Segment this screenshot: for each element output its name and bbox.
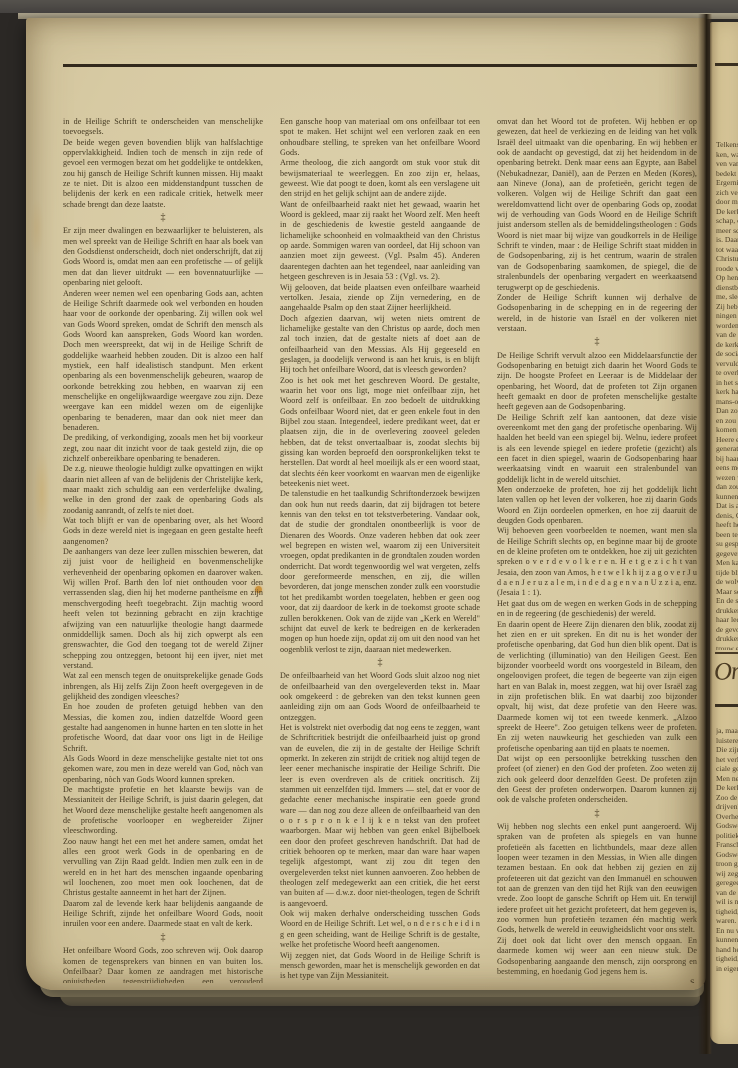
clipped-text-line: De kerk ge [716,783,738,793]
clipped-text-line: luisteren — [716,736,738,746]
clipped-text-line: troon geze [716,859,738,869]
clipped-text-line: tigheid, die [716,954,738,964]
clipped-text-line: Telkens [716,140,738,150]
clipped-text-line: been te w [716,530,738,540]
clipped-text-line: haar leder [716,615,738,625]
clipped-text-line: en zou la [716,416,738,426]
main-page: in de Heilige Schrift te onderscheiden v… [26,18,706,990]
clipped-text-line: komen zij [716,425,738,435]
clipped-text-line: me, slech [716,292,738,302]
clipped-text-line: bij haar r [716,454,738,464]
paragraph: De machtigste profetie en het klaarste b… [63,785,263,837]
paragraph: De talenstudie en het taalkundig Schrift… [280,489,480,655]
clipped-text-line: heeft het [716,520,738,530]
clipped-text-line: vervuld. [716,359,738,369]
clipped-text-line: tijde blind [716,568,738,578]
clipped-text-line: Men neem [716,774,738,784]
paragraph: Daarom zal de levende kerk haar belijden… [63,899,263,930]
clipped-text-line: meer sch [716,226,738,236]
clipped-text-line: tot waar [716,245,738,255]
paragraph: Zij doet ook dat licht over den mensch o… [497,936,697,977]
section-separator: ‡ [63,213,263,223]
paragraph: De prediking, of verkondiging, zooals me… [63,433,263,464]
clipped-text-line: Overheid. [716,812,738,822]
clipped-text-line: generatie [716,444,738,454]
clipped-text-line: kunnen w [716,492,738,502]
paragraph: Wij zeggen niet, dat Gods Woord in de He… [280,951,480,982]
clipped-text-line: bedekt — [716,169,738,179]
paragraph: Wij hebben nog slechts een enkel punt aa… [497,822,697,936]
paragraph: De aanhangers van deze leer zullen missc… [63,547,263,671]
paragraph: Wij gelooven, dat beide plaatsen even on… [280,283,480,314]
clipped-text-line: door mer [716,197,738,207]
paragraph: Zoo is het ook met het geschreven Woord.… [280,376,480,490]
right-page-top-rule [715,63,738,66]
paragraph: Het is volstrekt niet overbodig dat nog … [280,723,480,909]
clipped-text-line: Christus [716,254,738,264]
clipped-text-line: gegeven. [716,549,738,559]
paragraph: Een gansche hoop van materiaal om ons on… [280,117,480,158]
paragraph: Anderen weer nemen wel een openbaring Go… [63,289,263,434]
paragraph: Ook wij maken derhalve onderscheiding tu… [280,909,480,950]
clipped-text-line: de kerk i [716,340,738,350]
paragraph: De z.g. nieuwe theologie huldigt zulke o… [63,464,263,516]
right-page-top-fragment: Telkensken, waarven vanbedekt —Ergernisz… [716,140,738,650]
paragraph: Er zijn meer dwalingen en bezwaarlijker … [63,226,263,288]
clipped-text-line: te overko [716,368,738,378]
paragraph: Zonder de Heilige Schrift kunnen wij der… [497,293,697,334]
clipped-text-line: zich vers [716,188,738,198]
script-heading: Onbe [713,657,738,687]
clipped-text-line: is. Daaro [716,235,738,245]
script-heading-rule-bottom [715,704,738,707]
clipped-text-line: de wolve [716,577,738,587]
paragraph: Wat zal een mensch tegen de onuitsprekel… [63,671,263,702]
text-column-middle: Een gansche hoop van materiaal om ons on… [280,117,480,983]
text-column-left: in de Heilige Schrift te onderscheiden v… [63,117,263,983]
section-separator: ‡ [497,337,697,347]
stain-mark-left [34,448,50,538]
clipped-text-line: Godswege [716,821,738,831]
text-columns: in de Heilige Schrift te onderscheiden v… [63,117,697,983]
page-top-rule [63,64,697,67]
clipped-text-line: Zij hebbe [716,302,738,312]
clipped-text-line: su gespro [716,539,738,549]
book-gutter-shadow [698,14,712,1054]
stain-mark-top [30,198,44,258]
clipped-text-line: denis, Ge [716,511,738,521]
section-separator: ‡ [280,658,480,668]
clipped-text-line: roode va [716,264,738,274]
clipped-text-line: ningen v [716,311,738,321]
clipped-text-line: eens met [716,463,738,473]
paragraph: Wij behoeven geen voorbeelden te noemen,… [497,526,697,598]
clipped-text-line: En de sel [716,596,738,606]
paragraph: De Heilige Schrift zelf kan aantoonen, d… [497,413,697,485]
clipped-text-line: Men kan [716,558,738,568]
clipped-text-line: Godswege [716,850,738,860]
paragraph: Zoo nauw hangt het een met het andere sa… [63,837,263,899]
author-initial: S. [497,977,697,983]
clipped-text-line: Die zijn er [716,745,738,755]
clipped-text-line: waren. [716,916,738,926]
clipped-text-line: ven van [716,159,738,169]
clipped-text-line: in eigenwil [716,964,738,974]
section-separator: ‡ [497,809,697,819]
clipped-text-line: schap, d [716,216,738,226]
clipped-text-line: geregeerd, [716,878,738,888]
paragraph: De onfeilbaarheid van het Woord Gods slu… [280,671,480,723]
clipped-text-line: Fransche [716,840,738,850]
clipped-text-line: Ergernis [716,178,738,188]
right-page-bottom-fragment: ja, maar…luisteren —Die zijn erhet verle… [716,726,738,978]
paragraph: De Heilige Schrift vervult alzoo een Mid… [497,351,697,413]
paragraph: Men onderzoeke de profeten, hoe zij het … [497,485,697,526]
clipped-text-line: Dan zou [716,406,738,416]
paragraph: Arme theoloog, die zich aangordt om stuk… [280,158,480,199]
paragraph: De beide wegen geven bovendien blijk van… [63,138,263,210]
paragraph: Dat wijst op een persoonlijke betrekking… [497,754,697,806]
paragraph: Want de onfeilbaarheid raakt niet het ge… [280,200,480,283]
text-column-right: omvat dan het Woord tot de profeten. Wij… [497,117,697,983]
clipped-text-line: de social [716,349,738,359]
clipped-text-line: Op hen k [716,273,738,283]
clipped-text-line: dienstbaa [716,283,738,293]
clipped-text-line: van de s [716,330,738,340]
paragraph: En hoe zouden de profeten getuigd hebben… [63,702,263,754]
clipped-text-line: drukken C [716,606,738,616]
clipped-text-line: trouw een [716,644,738,651]
paragraph: Wat toch blijft er van de openbaring ove… [63,516,263,547]
clipped-text-line: En nu wille [716,926,738,936]
clipped-text-line: dan zou [716,482,738,492]
clipped-text-line: kunnen bew [716,935,738,945]
clipped-text-line: in het sc [716,378,738,388]
clipped-text-line: ken, waar [716,150,738,160]
clipped-text-line: De kerk [716,207,738,217]
clipped-text-line: politieke m [716,831,738,841]
paragraph: in de Heilige Schrift te onderscheiden v… [63,117,263,138]
script-heading-rule-top [715,652,738,654]
clipped-text-line: de gevolg [716,625,738,635]
clipped-text-line: Maar sch [716,587,738,597]
clipped-text-line: worden g [716,321,738,331]
paragraph: Als Gods Woord in deze menschelijke gest… [63,754,263,785]
backdrop-top-strip [0,0,738,13]
paragraph: De Heilige Schrift laat ons voorts duide… [280,982,480,983]
section-separator: ‡ [63,933,263,943]
clipped-text-line: mans-oor [716,397,738,407]
clipped-text-line: drijven? D [716,802,738,812]
paragraph: omvat dan het Woord tot de profeten. Wij… [497,117,697,293]
clipped-text-line: wij zeggen [716,869,738,879]
clipped-text-line: ciale gerec [716,764,738,774]
clipped-text-line: tigheid, wa [716,907,738,917]
clipped-text-line: ja, maar… [716,726,738,736]
clipped-text-line: drukken o [716,634,738,644]
clipped-text-line: kerk haar [716,387,738,397]
clipped-text-line: wil is niet [716,897,738,907]
clipped-text-line: Dat is all [716,501,738,511]
clipped-text-line: wezen wa [716,473,738,483]
clipped-text-line: Zoo de vr [716,793,738,803]
paragraph: Het onfeilbare Woord Gods, zoo schreven … [63,946,263,983]
clipped-text-line: Heere en [716,435,738,445]
clipped-text-line: hand heeft [716,945,738,955]
paragraph: Het gaat dus om de wegen en werken Gods … [497,599,697,620]
clipped-text-line: het verled [716,755,738,765]
right-page: Telkensken, waarven vanbedekt —Ergernisz… [710,22,738,1044]
paragraph: Doch afgezien daarvan, wij weten niets o… [280,314,480,376]
clipped-text-line: van de Fra [716,888,738,898]
paragraph: En daarin opent de Heere Zijn dienaren d… [497,620,697,754]
